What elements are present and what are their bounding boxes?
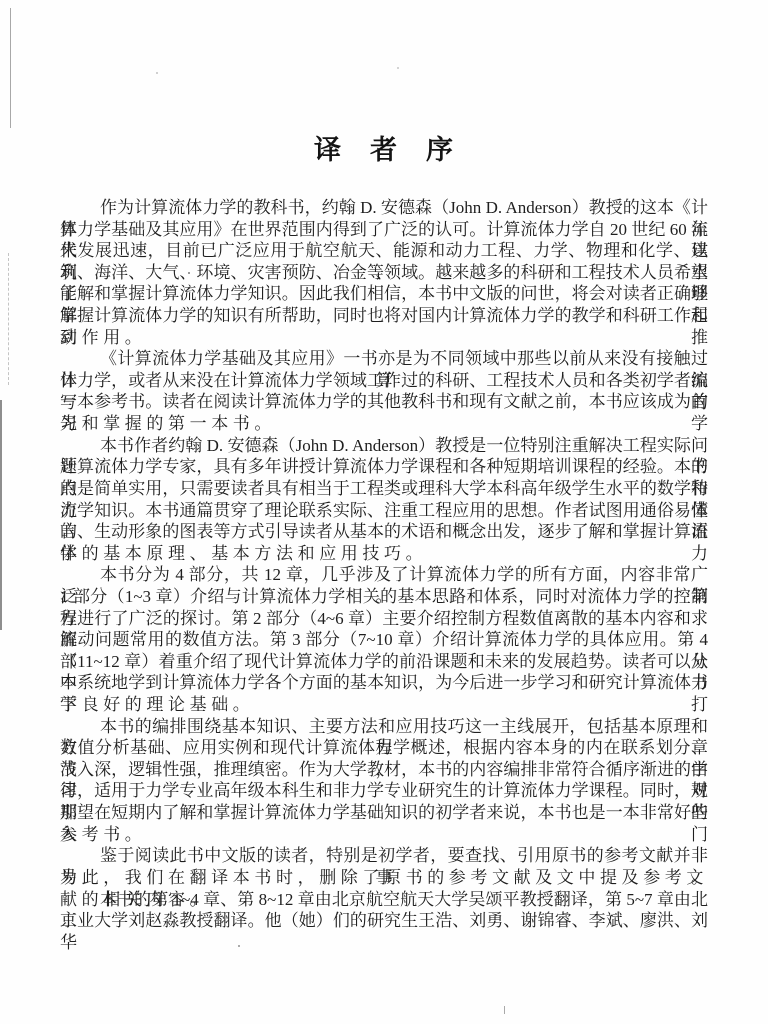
scan-speck [156,72,158,74]
page-title: 译 者 序 [60,128,708,167]
text-line: 鉴于阅读此书中文版的读者，特别是初学者，要查找、引用原书的参考文献并非易事。 [60,845,708,867]
text-line: 点是简单实用，只需要读者具有相当于工程类或理科大学本科高年级学生水平的数学和流体 [60,478,708,500]
text-line: 力学知识。本书通篇贯穿了理论联系实际、注重工程应用的思想。作者试图用通俗易懂的语 [60,500,708,522]
scan-speck [397,67,399,69]
text-line: 体力学，或者从来没在计算流体力学领域工作过的科研、工程技术人员和各类初学者编写的 [60,370,708,392]
text-line: 1 部分（1~3 章）介绍与计算流体力学相关的基本思路和体系，同时对流体力学的控… [60,586,708,608]
text-line: 为此，我们在翻译本书时，删除了原书的参考文献及文中提及参考文献的相关内容。 [60,867,708,889]
scan-edge-line-top [10,8,11,128]
text-line: 中系统地学到计算流体力学各个方面的基本知识，为今后进一步学习和研究计算流体力学打 [60,672,708,694]
text-line: 浅入深，逻辑性强，推理缜密。作为大学教材，本书的内容编排非常符合循序渐进的学习规 [60,759,708,781]
text-line: 作为计算流体力学的教科书，约翰 D. 安德森（John D. Anderson）… [60,197,708,219]
paragraph: 本书的第 1~4 章、第 8~12 章由北京航空航天大学吴颂平教授翻译，第 5~… [60,889,708,932]
text-line: 流动问题常用的数值方法。第 3 部分（7~10 章）介绍计算流体力学的具体应用。… [60,629,708,651]
text-line: （11~12 章）着重介绍了现代计算流体力学的前沿课题和未来的发展趋势。读者可以… [60,651,708,673]
scan-edge-ticks [8,253,9,385]
scan-edge-bar [0,400,2,630]
text-line: 计算流体力学专家，具有多年讲授计算流体力学课程和各种短期培训课程的经验。本书的特 [60,456,708,478]
text-line: 本书的编排围绕基本知识、主要方法和应用技巧这一主线展开，包括基本原理和方程、 [60,716,708,738]
text-line: 律，适用于力学专业高年级本科生和非力学专业研究生的计算流体力学课程。同时，对那些 [60,780,708,802]
paragraph: 本书的编排围绕基本知识、主要方法和应用技巧这一主线展开，包括基本原理和方程、数值… [60,716,708,846]
text-line: 言、生动形象的图表等方式引导读者从基本的术语和概念出发，逐步了解和掌握计算流体力 [60,521,708,543]
text-line: 利、海洋、大气、环境、灾害预防、冶金等领域。越来越多的科研和工程技术人员希望能够 [60,262,708,284]
text-line: 一本参考书。读者在阅读计算流体力学的其他教科书和现有文献之前，本书应该成为首先学 [60,391,708,413]
text-line: 来发展迅速，目前已广泛应用于航空航天、能源和动力工程、力学、物理和化学、建筑、水 [60,240,708,262]
paragraph: 《计算流体力学基础及其应用》一书亦是为不同领域中那些以前从来没有接触过计算流体力… [60,348,708,434]
text-line: 了解和掌握计算流体力学知识。因此我们相信，本书中文版的问世，将会对读者正确理解和 [60,283,708,305]
text-line: 本书的第 1~4 章、第 8~12 章由北京航空航天大学吴颂平教授翻译，第 5~… [60,889,708,911]
paragraph: 作为计算流体力学的教科书，约翰 D. 安德森（John D. Anderson）… [60,197,708,348]
scan-speck [238,945,240,947]
paragraph: 鉴于阅读此书中文版的读者，特别是初学者，要查找、引用原书的参考文献并非易事。为此… [60,845,708,888]
scanned-page: 译 者 序 作为计算流体力学的教科书，约翰 D. 安德森（John D. And… [0,0,768,1024]
text-line: 工业大学刘赵淼教授翻译。他（她）们的研究生王浩、刘勇、谢锦睿、李斌、廖洪、刘华 [60,910,708,932]
text-line: 《计算流体力学基础及其应用》一书亦是为不同领域中那些以前从来没有接触过计算流 [60,348,708,370]
text-line: 本书作者约翰 D. 安德森（John D. Anderson）教授是一位特别注重… [60,435,708,457]
paragraph: 本书作者约翰 D. 安德森（John D. Anderson）教授是一位特别注重… [60,435,708,565]
paragraph: 本书分为 4 部分，共 12 章，几乎涉及了计算流体力学的所有方面，内容非常广泛… [60,564,708,715]
text-line: 掌握计算流体力学的知识有所帮助，同时也将对国内计算流体力学的教学和科研工作起到推 [60,305,708,327]
text-line: 体力学基础及其应用》在世界范围内得到了广泛的认可。计算流体力学自 20 世纪 6… [60,219,708,241]
text-line: 期望在短期内了解和掌握计算流体力学基础知识的初学者来说，本书也是一本非常好的入门 [60,802,708,824]
text-line: 程进行了广泛的探讨。第 2 部分（4~6 章）主要介绍控制方程数值离散的基本内容… [60,608,708,630]
preface-body: 作为计算流体力学的教科书，约翰 D. 安德森（John D. Anderson）… [60,197,708,932]
scan-tick-bottom [504,1006,505,1014]
text-line: 本书分为 4 部分，共 12 章，几乎涉及了计算流体力学的所有方面，内容非常广泛… [60,564,708,586]
text-line: 数值分析基础、应用实例和现代计算流体力学概述，根据内容本身的内在联系划分章节，由 [60,737,708,759]
